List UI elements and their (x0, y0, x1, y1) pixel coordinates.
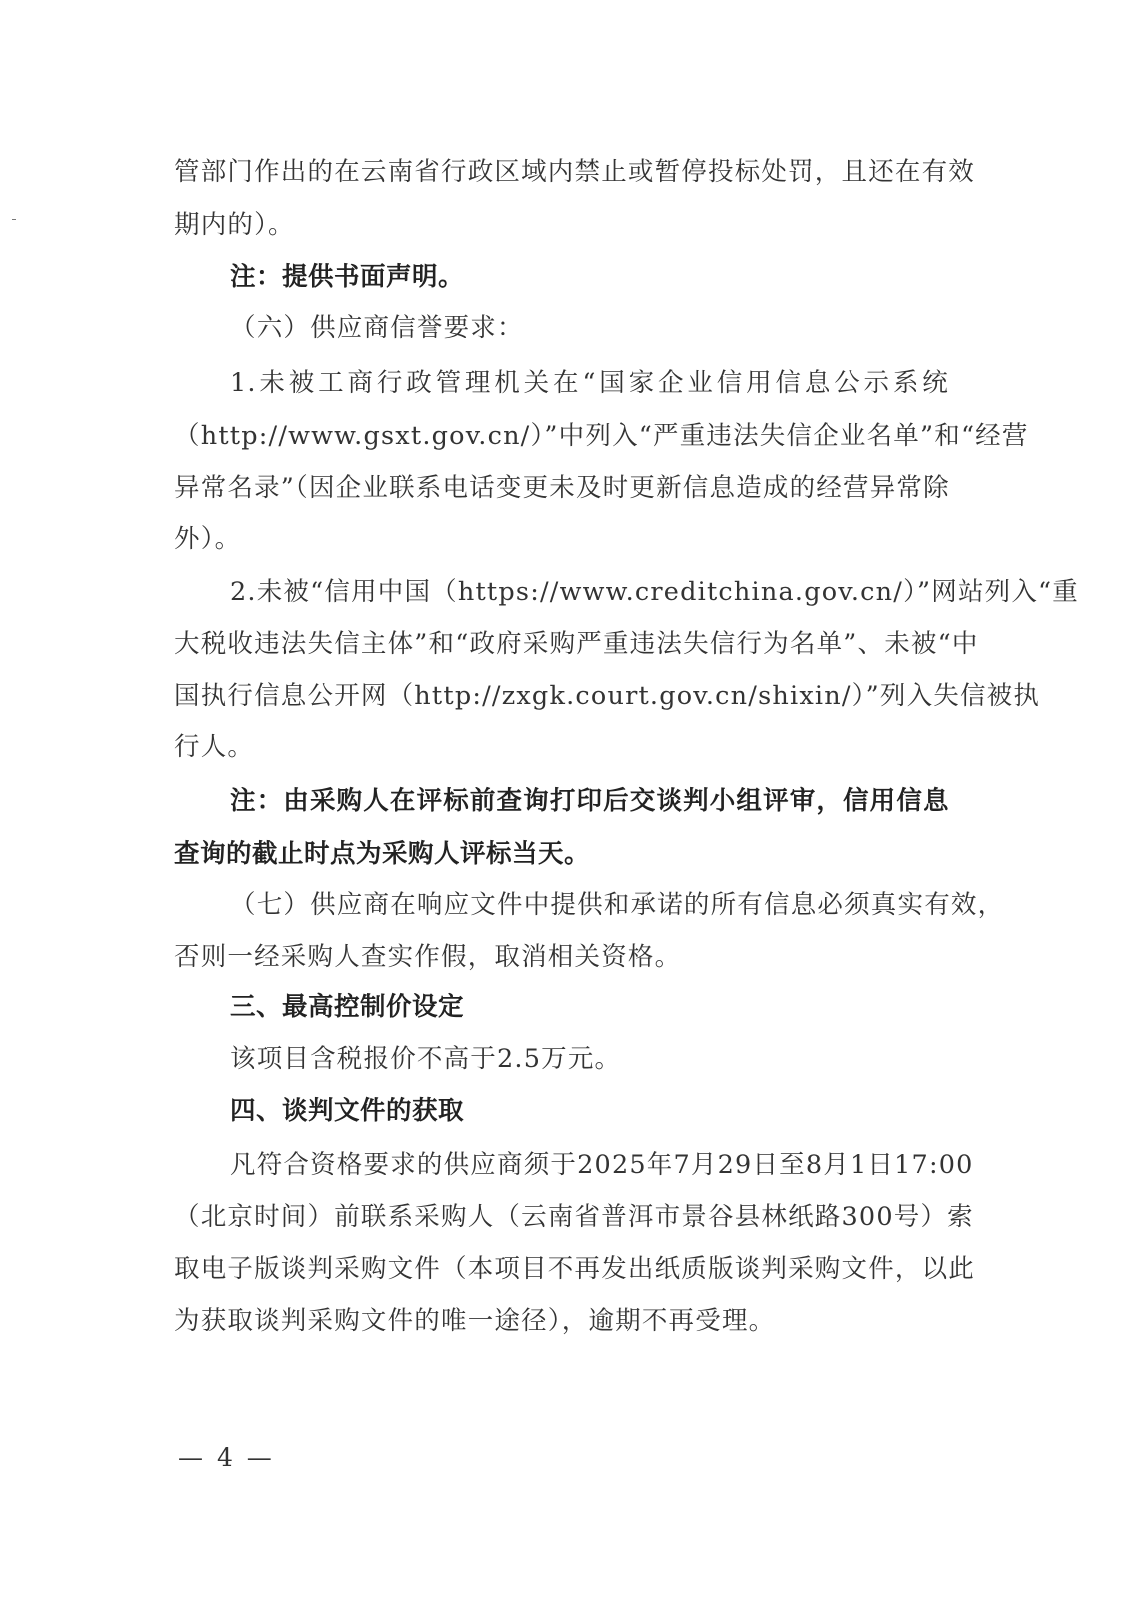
paragraph-line: 为获取谈判采购文件的唯一途径），逾期不再受理。 (174, 1306, 949, 1336)
paragraph-line: 国执行信息公开网（http://zxgk.court.gov.cn/shixin… (174, 681, 949, 711)
note-line: 注：由采购人在评标前查询打印后交谈判小组评审，信用信息 (230, 786, 949, 816)
paragraph-line: 2.未被“信用中国（https://www.creditchina.gov.cn… (230, 577, 949, 607)
paragraph-line: 行人。 (174, 732, 949, 762)
paragraph-line: 异常名录”（因企业联系电话变更未及时更新信息造成的经营异常除 (174, 473, 949, 503)
section-heading: 三、最高控制价设定 (230, 992, 949, 1022)
paragraph-line: 外）。 (174, 524, 949, 554)
paragraph-line: 1.未被工商行政管理机关在“国家企业信用信息公示系统 (230, 368, 949, 398)
document-page: 管部门作出的在云南省行政区域内禁止或暂停投标处罚，且还在有效 期内的）。 注：提… (0, 0, 1131, 1600)
note-line: 查询的截止时点为采购人评标当天。 (174, 839, 949, 869)
paragraph-line: （北京时间）前联系采购人（云南省普洱市景谷县林纸路300号）索 (174, 1202, 949, 1232)
paragraph-line: （七）供应商在响应文件中提供和承诺的所有信息必须真实有效， (230, 890, 949, 920)
paragraph-line: 期内的）。 (174, 210, 949, 240)
paragraph-line: 否则一经采购人查实作假，取消相关资格。 (174, 942, 949, 972)
page-number: — 4 — (178, 1443, 275, 1473)
paragraph-line: （http://www.gsxt.gov.cn/）”中列入“严重违法失信企业名单… (174, 421, 949, 451)
paragraph-line: 该项目含税报价不高于2.5万元。 (230, 1044, 949, 1074)
section-subheading: （六）供应商信誉要求： (230, 313, 949, 343)
scan-artifact (12, 219, 16, 220)
section-heading: 四、谈判文件的获取 (230, 1096, 949, 1126)
paragraph-line: 取电子版谈判采购文件（本项目不再发出纸质版谈判采购文件，以此 (174, 1254, 949, 1284)
paragraph-line: 管部门作出的在云南省行政区域内禁止或暂停投标处罚，且还在有效 (174, 157, 949, 187)
paragraph-line: 凡符合资格要求的供应商须于2025年7月29日至8月1日17:00 (230, 1150, 949, 1180)
note-line: 注：提供书面声明。 (230, 262, 949, 292)
paragraph-line: 大税收违法失信主体”和“政府采购严重违法失信行为名单”、未被“中 (174, 629, 949, 659)
